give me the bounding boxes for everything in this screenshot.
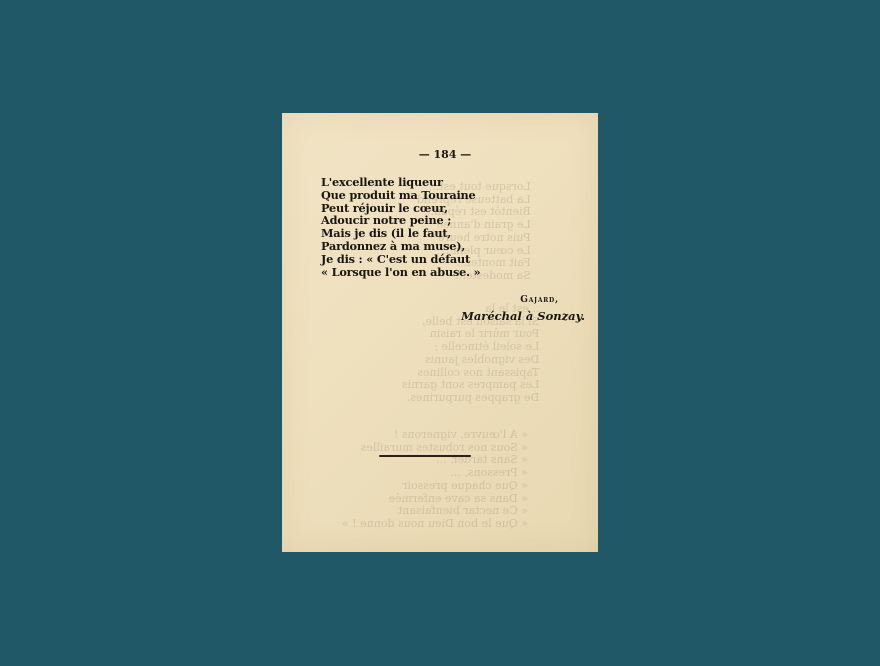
poem-line: Pardonnez à ma muse), <box>321 240 481 253</box>
poem-line: « Lorsque l'on en abuse. » <box>321 266 481 279</box>
poem-line: L'excellente liqueur <box>321 176 481 189</box>
book-page: Lorsque tout est... La batteuse reprend … <box>282 113 598 552</box>
page-number: — 184 — <box>282 148 598 161</box>
poem-line: Que produit ma Touraine <box>321 189 481 202</box>
bleed-through-text: « A l'œuvre, vignerons ! « Sous nos robu… <box>342 429 528 531</box>
poem-stanza: L'excellente liqueur Que produit ma Tour… <box>321 176 481 278</box>
section-divider <box>379 455 471 457</box>
author-title: Maréchal à Sonzay. <box>461 309 585 323</box>
poem-line: Je dis : « C'est un défaut <box>321 253 481 266</box>
author-name: Gajard, <box>461 295 559 305</box>
author-signature: Gajard, Maréchal à Sonzay. <box>461 295 585 323</box>
